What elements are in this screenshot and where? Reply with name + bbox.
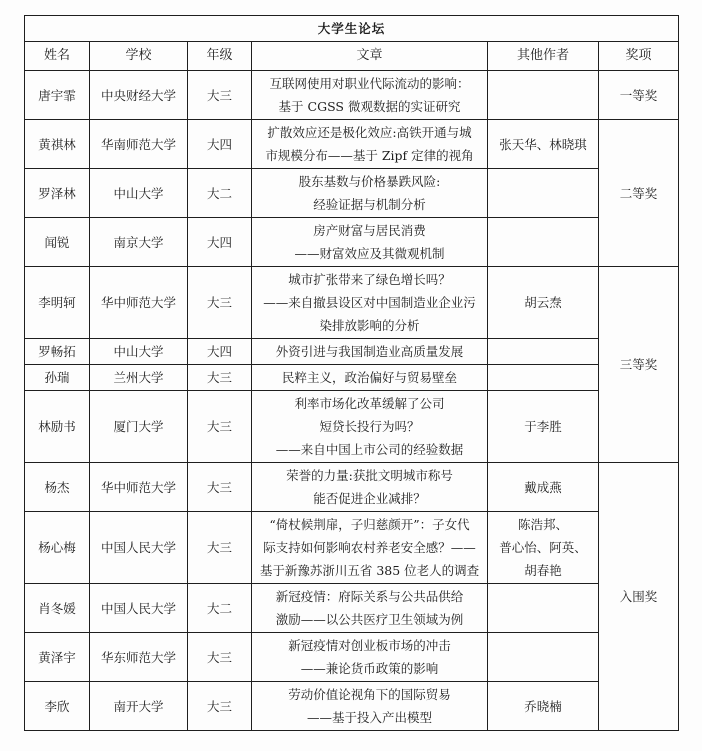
name-cell: 李明轲 xyxy=(25,267,90,339)
forum-table: 大学生论坛 姓名 学校 年级 文章 其他作者 奖项 唐宇霏中央财经大学大三互联网… xyxy=(24,15,679,731)
coauthor-cell xyxy=(488,169,599,218)
article-line: 基于新豫苏浙川五省 385 位老人的调查 xyxy=(254,559,485,582)
article-cell: 利率市场化改革缓解了公司短贷长投行为吗？——来自中国上市公司的经验数据 xyxy=(252,391,488,463)
coauthor-cell: 陈浩邦、普心怡、阿英、胡春艳 xyxy=(488,512,599,584)
article-line: ——基于投入产出模型 xyxy=(254,706,485,729)
grade-cell: 大三 xyxy=(188,71,252,120)
table-row: 唐宇霏中央财经大学大三互联网使用对职业代际流动的影响：基于 CGSS 微观数据的… xyxy=(25,71,679,120)
award-cell: 二等奖 xyxy=(599,120,679,267)
header-row: 姓名 学校 年级 文章 其他作者 奖项 xyxy=(25,42,679,71)
grade-cell: 大三 xyxy=(188,633,252,682)
table-row: 杨杰华中师范大学大三荣誉的力量:获批文明城市称号能否促进企业减排？戴成燕入围奖 xyxy=(25,463,679,512)
article-line: 经验证据与机制分析 xyxy=(254,193,485,216)
article-cell: 民粹主义，政治偏好与贸易壁垒 xyxy=(252,365,488,391)
award-cell: 一等奖 xyxy=(599,71,679,120)
name-cell: 闻锐 xyxy=(25,218,90,267)
coauthor-cell: 胡云焘 xyxy=(488,267,599,339)
coauthor-line: 胡云焘 xyxy=(490,291,596,314)
article-line: 新冠疫情对创业板市场的冲击 xyxy=(254,634,485,657)
name-cell: 杨杰 xyxy=(25,463,90,512)
coauthor-cell xyxy=(488,365,599,391)
grade-cell: 大三 xyxy=(188,267,252,339)
coauthor-cell xyxy=(488,339,599,365)
page-title: 大学生论坛 xyxy=(25,16,679,42)
article-line: 能否促进企业减排？ xyxy=(254,487,485,510)
school-cell: 华东师范大学 xyxy=(90,633,188,682)
coauthor-cell: 于李胜 xyxy=(488,391,599,463)
column-header-article: 文章 xyxy=(252,42,488,71)
coauthor-line: 于李胜 xyxy=(490,415,596,438)
grade-cell: 大三 xyxy=(188,682,252,731)
table-row: 闻锐南京大学大四房产财富与居民消费——财富效应及其微观机制 xyxy=(25,218,679,267)
coauthor-line: 胡春艳 xyxy=(490,559,596,582)
article-line: 股东基数与价格暴跌风险: xyxy=(254,170,485,193)
grade-cell: 大四 xyxy=(188,120,252,169)
article-line: 短贷长投行为吗？ xyxy=(254,415,485,438)
article-line: 扩散效应还是极化效应:高铁开通与城 xyxy=(254,121,485,144)
column-header-coauthors: 其他作者 xyxy=(488,42,599,71)
article-cell: 新冠疫情：府际关系与公共品供给激励——以公共医疗卫生领域为例 xyxy=(252,584,488,633)
article-line: 染排放影响的分析 xyxy=(254,314,485,337)
article-line: 基于 CGSS 微观数据的实证研究 xyxy=(254,95,485,118)
article-line: 民粹主义，政治偏好与贸易壁垒 xyxy=(254,366,485,389)
article-cell: 新冠疫情对创业板市场的冲击——兼论货币政策的影响 xyxy=(252,633,488,682)
coauthor-cell xyxy=(488,584,599,633)
coauthor-cell: 张天华、林晓琪 xyxy=(488,120,599,169)
name-cell: 唐宇霏 xyxy=(25,71,90,120)
coauthor-line: 普心怡、阿英、 xyxy=(490,536,596,559)
article-cell: 城市扩张带来了绿色增长吗？——来自撤县设区对中国制造业企业污染排放影响的分析 xyxy=(252,267,488,339)
article-line: 利率市场化改革缓解了公司 xyxy=(254,392,485,415)
table-row: 杨心梅中国人民大学大三“倚杖候荆扉，子归慈颜开”：子女代际支持如何影响农村养老安… xyxy=(25,512,679,584)
table-row: 黄祺林华南师范大学大四扩散效应还是极化效应:高铁开通与城市规模分布——基于 Zi… xyxy=(25,120,679,169)
article-cell: 劳动价值论视角下的国际贸易——基于投入产出模型 xyxy=(252,682,488,731)
table-row: 罗泽林中山大学大二股东基数与价格暴跌风险:经验证据与机制分析 xyxy=(25,169,679,218)
article-line: 际支持如何影响农村养老安全感？—— xyxy=(254,536,485,559)
article-cell: 房产财富与居民消费——财富效应及其微观机制 xyxy=(252,218,488,267)
article-line: 荣誉的力量:获批文明城市称号 xyxy=(254,464,485,487)
coauthor-line: 张天华、林晓琪 xyxy=(490,133,596,156)
column-header-name: 姓名 xyxy=(25,42,90,71)
name-cell: 罗泽林 xyxy=(25,169,90,218)
column-header-school: 学校 xyxy=(90,42,188,71)
article-cell: 荣誉的力量:获批文明城市称号能否促进企业减排？ xyxy=(252,463,488,512)
school-cell: 华中师范大学 xyxy=(90,267,188,339)
grade-cell: 大四 xyxy=(188,218,252,267)
grade-cell: 大三 xyxy=(188,391,252,463)
name-cell: 李欣 xyxy=(25,682,90,731)
article-line: 城市扩张带来了绿色增长吗？ xyxy=(254,268,485,291)
article-line: 激励——以公共医疗卫生领域为例 xyxy=(254,608,485,631)
name-cell: 杨心梅 xyxy=(25,512,90,584)
table-row: 黄泽宇华东师范大学大三新冠疫情对创业板市场的冲击——兼论货币政策的影响 xyxy=(25,633,679,682)
table-row: 李欣南开大学大三劳动价值论视角下的国际贸易——基于投入产出模型乔晓楠 xyxy=(25,682,679,731)
article-line: 互联网使用对职业代际流动的影响： xyxy=(254,72,485,95)
school-cell: 中国人民大学 xyxy=(90,584,188,633)
article-line: ——来自撤县设区对中国制造业企业污 xyxy=(254,291,485,314)
grade-cell: 大三 xyxy=(188,463,252,512)
school-cell: 南京大学 xyxy=(90,218,188,267)
grade-cell: 大三 xyxy=(188,365,252,391)
article-line: ——兼论货币政策的影响 xyxy=(254,657,485,680)
article-line: 房产财富与居民消费 xyxy=(254,219,485,242)
coauthor-cell xyxy=(488,633,599,682)
school-cell: 兰州大学 xyxy=(90,365,188,391)
school-cell: 中央财经大学 xyxy=(90,71,188,120)
table-row: 李明轲华中师范大学大三城市扩张带来了绿色增长吗？——来自撤县设区对中国制造业企业… xyxy=(25,267,679,339)
coauthor-cell: 戴成燕 xyxy=(488,463,599,512)
article-line: ——财富效应及其微观机制 xyxy=(254,242,485,265)
school-cell: 中山大学 xyxy=(90,169,188,218)
article-line: ——来自中国上市公司的经验数据 xyxy=(254,438,485,461)
article-cell: “倚杖候荆扉，子归慈颜开”：子女代际支持如何影响农村养老安全感？——基于新豫苏浙… xyxy=(252,512,488,584)
school-cell: 厦门大学 xyxy=(90,391,188,463)
school-cell: 中山大学 xyxy=(90,339,188,365)
table-row: 肖冬媛中国人民大学大二新冠疫情：府际关系与公共品供给激励——以公共医疗卫生领域为… xyxy=(25,584,679,633)
name-cell: 孙瑞 xyxy=(25,365,90,391)
coauthor-cell: 乔晓楠 xyxy=(488,682,599,731)
table-row: 林励书厦门大学大三利率市场化改革缓解了公司短贷长投行为吗？——来自中国上市公司的… xyxy=(25,391,679,463)
name-cell: 肖冬媛 xyxy=(25,584,90,633)
school-cell: 华南师范大学 xyxy=(90,120,188,169)
table-row: 罗畅拓中山大学大四外资引进与我国制造业高质量发展 xyxy=(25,339,679,365)
article-cell: 互联网使用对职业代际流动的影响：基于 CGSS 微观数据的实证研究 xyxy=(252,71,488,120)
grade-cell: 大二 xyxy=(188,584,252,633)
table-body: 大学生论坛 姓名 学校 年级 文章 其他作者 奖项 唐宇霏中央财经大学大三互联网… xyxy=(25,16,679,731)
article-line: 外资引进与我国制造业高质量发展 xyxy=(254,340,485,363)
name-cell: 林励书 xyxy=(25,391,90,463)
grade-cell: 大二 xyxy=(188,169,252,218)
document-page: 大学生论坛 姓名 学校 年级 文章 其他作者 奖项 唐宇霏中央财经大学大三互联网… xyxy=(0,0,702,751)
article-cell: 扩散效应还是极化效应:高铁开通与城市规模分布——基于 Zipf 定律的视角 xyxy=(252,120,488,169)
coauthor-cell xyxy=(488,71,599,120)
name-cell: 黄泽宇 xyxy=(25,633,90,682)
award-cell: 三等奖 xyxy=(599,267,679,463)
article-line: “倚杖候荆扉，子归慈颜开”：子女代 xyxy=(254,513,485,536)
article-cell: 外资引进与我国制造业高质量发展 xyxy=(252,339,488,365)
grade-cell: 大三 xyxy=(188,512,252,584)
school-cell: 华中师范大学 xyxy=(90,463,188,512)
coauthor-line: 陈浩邦、 xyxy=(490,513,596,536)
grade-cell: 大四 xyxy=(188,339,252,365)
article-cell: 股东基数与价格暴跌风险:经验证据与机制分析 xyxy=(252,169,488,218)
article-line: 市规模分布——基于 Zipf 定律的视角 xyxy=(254,144,485,167)
article-line: 劳动价值论视角下的国际贸易 xyxy=(254,683,485,706)
name-cell: 罗畅拓 xyxy=(25,339,90,365)
school-cell: 中国人民大学 xyxy=(90,512,188,584)
coauthor-line: 乔晓楠 xyxy=(490,695,596,718)
column-header-award: 奖项 xyxy=(599,42,679,71)
table-row: 孙瑞兰州大学大三民粹主义，政治偏好与贸易壁垒 xyxy=(25,365,679,391)
coauthor-line: 戴成燕 xyxy=(490,476,596,499)
school-cell: 南开大学 xyxy=(90,682,188,731)
article-line: 新冠疫情：府际关系与公共品供给 xyxy=(254,585,485,608)
name-cell: 黄祺林 xyxy=(25,120,90,169)
title-row: 大学生论坛 xyxy=(25,16,679,42)
award-cell: 入围奖 xyxy=(599,463,679,731)
column-header-grade: 年级 xyxy=(188,42,252,71)
coauthor-cell xyxy=(488,218,599,267)
